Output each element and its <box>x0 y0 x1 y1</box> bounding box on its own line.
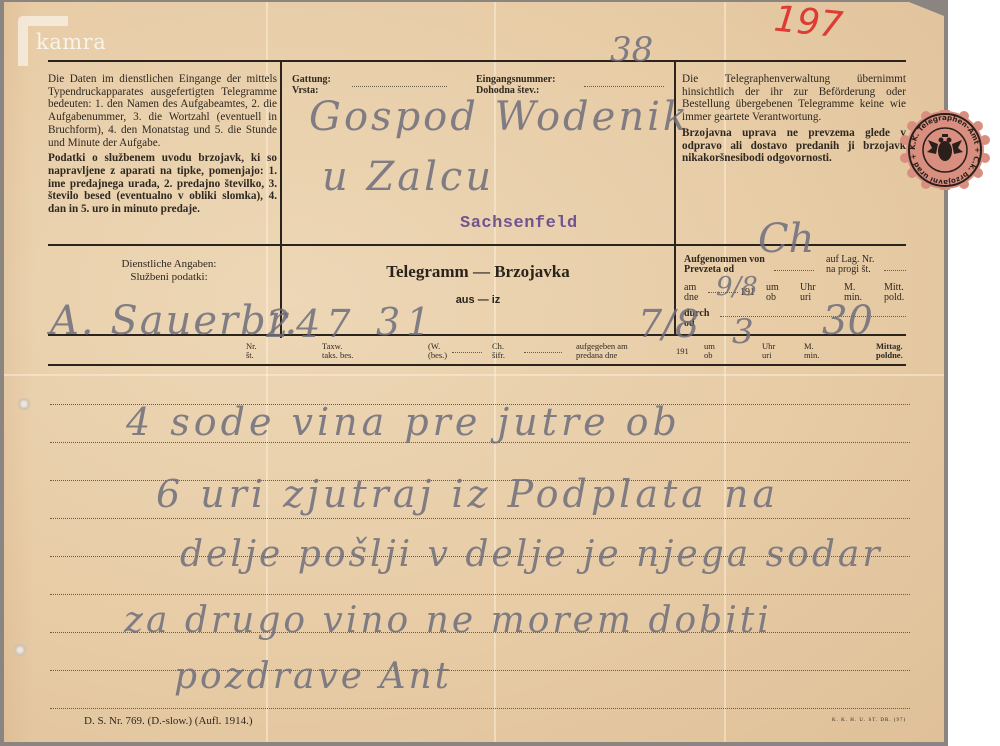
message-line-3: delje pošlji v delje je njega sodar <box>180 534 883 575</box>
service-label: Dienstliche Angaben: Službeni podatki: <box>64 258 274 284</box>
sent-date-value: 7/8 <box>638 302 699 346</box>
right-info-slovene: Brzojavna uprava ne prevzema glede v odp… <box>682 127 906 165</box>
message-line-2: 6 uri zjutraj iz Podplata na <box>156 472 779 516</box>
message-line <box>50 594 910 595</box>
eingang-value: 38 <box>610 30 653 70</box>
recipient-name: Gospod Wodenik <box>309 94 690 140</box>
top-rule <box>48 60 906 62</box>
sifr-label: šifr. <box>492 351 505 360</box>
eingang-label: Eingangsnummer: <box>476 74 555 85</box>
telegram-form: kamra 197 Die Daten im dienstlichen Eing… <box>4 2 944 742</box>
printer-mark: K. K. H. U. ST. DR. (97) <box>832 718 906 723</box>
st-label: št. <box>246 351 254 360</box>
service-label-sl: Službeni podatki: <box>64 271 274 284</box>
sent-uri-label: uri <box>762 351 771 360</box>
number-value: 247 <box>266 302 357 346</box>
message-line-1: 4 sode vina pre jutre ob <box>126 400 681 444</box>
received-from-field[interactable] <box>774 270 814 271</box>
line-number-field[interactable] <box>884 270 906 271</box>
uri-label: uri <box>800 292 811 303</box>
punch-hole <box>14 644 26 656</box>
right-info-german: Die Telegraphenverwaltung übernimmt hins… <box>682 73 906 124</box>
message-line <box>50 518 910 519</box>
bes-label: (bes.) <box>428 351 447 360</box>
telegraph-office-seal: K.K. Telegraphen-Amt + C.k. brzojavni ur… <box>892 110 998 190</box>
service-label-de: Dienstliche Angaben: <box>64 258 274 271</box>
predana-label: predana dne <box>576 351 617 360</box>
archive-number: 197 <box>772 0 845 46</box>
sent-min-label: min. <box>804 351 819 360</box>
sent-year: 191 <box>676 347 689 356</box>
cipher-field[interactable] <box>524 352 562 353</box>
ob-label: ob <box>766 292 776 303</box>
gattung-field[interactable] <box>352 86 447 87</box>
watermark: kamra <box>36 30 106 54</box>
form-number: D. S. Nr. 769. (D.-slow.) (Aufl. 1914.) <box>84 715 253 727</box>
gattung-label: Gattung: <box>292 74 331 85</box>
message-line-5: pozdrave Ant <box>174 656 452 697</box>
sent-minute-value: 30 <box>822 298 873 344</box>
origin-office-value: A. Sauerbr. <box>50 298 299 344</box>
punch-hole <box>18 398 30 410</box>
taks-label: taks. bes. <box>322 351 353 360</box>
fold-crease <box>4 374 944 376</box>
left-info-slovene: Podatki o službenem uvodu brzojavk, ki s… <box>48 152 277 216</box>
eingang-field[interactable] <box>584 86 664 87</box>
left-info: Die Daten im dienstlichen Eingange der m… <box>48 73 277 216</box>
message-line-4: za drugo vino ne morem dobiti <box>124 600 772 641</box>
message-line <box>50 708 910 709</box>
sent-hour-value: 3 <box>732 312 754 352</box>
pold-label: pold. <box>884 292 904 303</box>
words-field[interactable] <box>452 352 482 353</box>
received-by-value: Ch <box>758 216 814 262</box>
na-progi-label: na progi št. <box>826 264 871 275</box>
right-info: Die Telegraphenverwaltung übernimmt hins… <box>682 73 906 165</box>
received-date-value: 9/8 <box>716 272 758 302</box>
form-title: Telegramm — Brzojavka <box>282 262 674 282</box>
words-value: 31 <box>376 300 436 344</box>
sent-ob-label: ob <box>704 351 713 360</box>
service-bottom-rule <box>48 364 906 366</box>
town-stamp: Sachsenfeld <box>460 214 578 233</box>
recipient-place: u Zalcu <box>322 154 494 200</box>
left-info-german: Die Daten im dienstlichen Eingange der m… <box>48 73 277 149</box>
poldne-label: poldne. <box>876 351 903 360</box>
